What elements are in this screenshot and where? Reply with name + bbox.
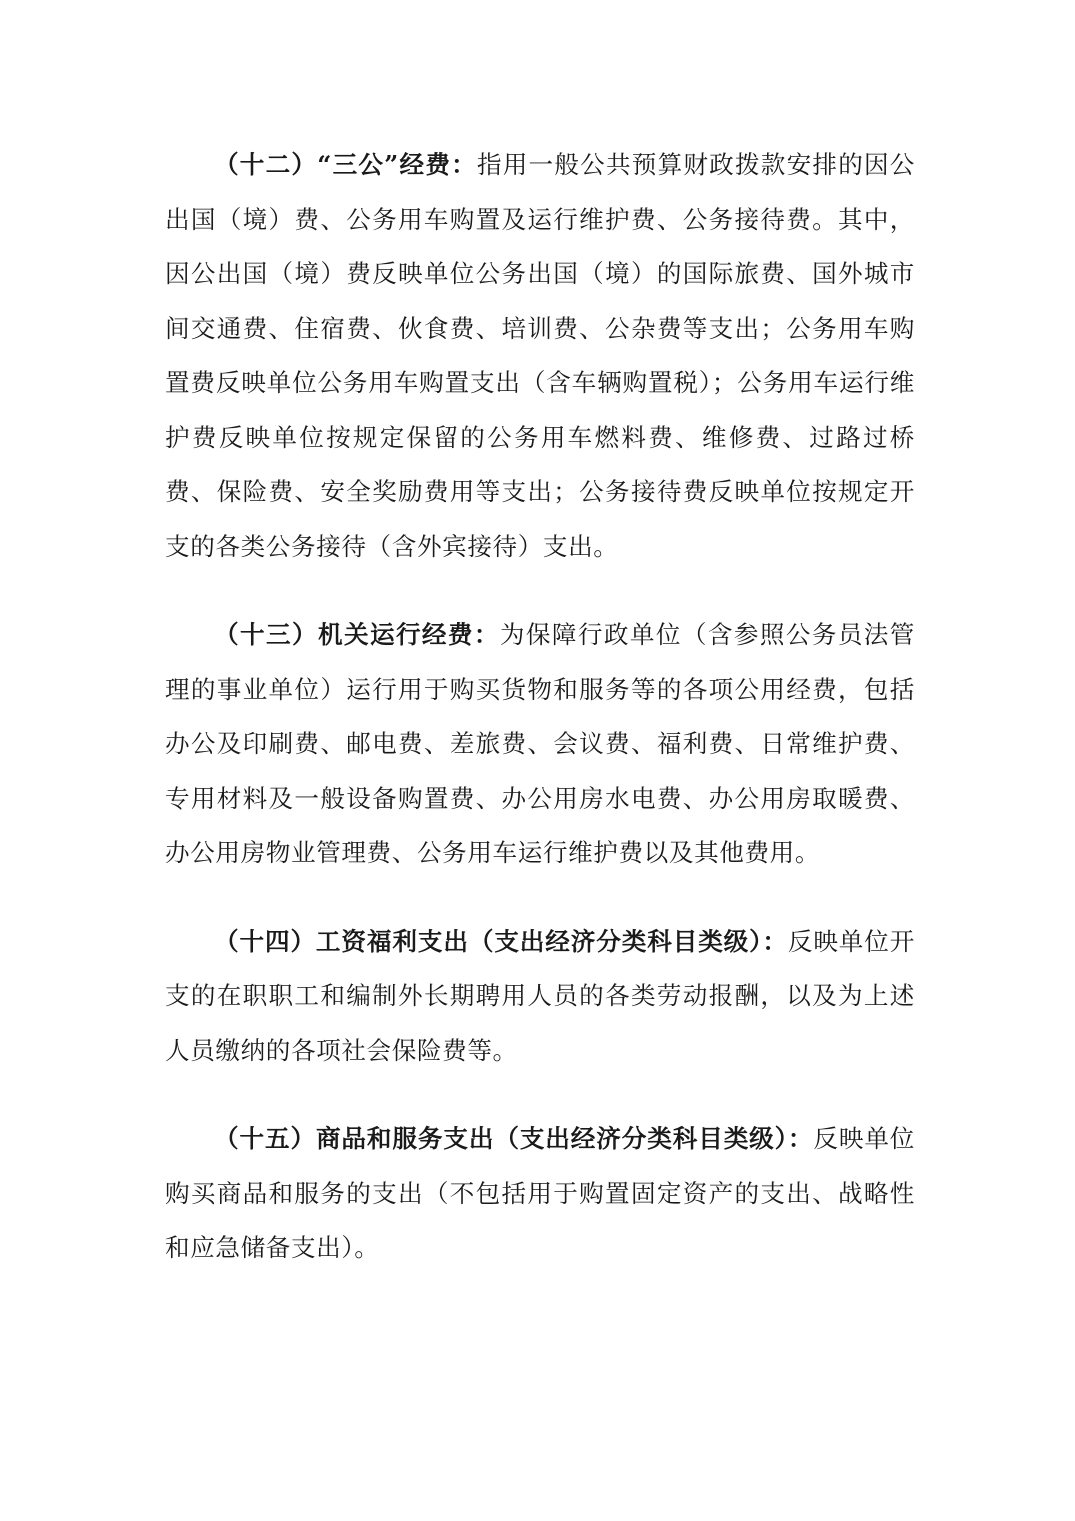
- paragraph-goods-services: （十五）商品和服务支出（支出经济分类科目类级）：反映单位购买商品和服务的支出（不…: [165, 1112, 915, 1276]
- paragraph-body: 指用一般公共预算财政拨款安排的因公出国（境）费、公务用车购置及运行维护费、公务接…: [165, 150, 915, 561]
- paragraph-heading: （十二）“三公”经费：: [214, 150, 477, 179]
- paragraph-wages-welfare: （十四）工资福利支出（支出经济分类科目类级）：反映单位开支的在职职工和编制外长期…: [165, 915, 915, 1079]
- paragraph-heading: （十四）工资福利支出（支出经济分类科目类级）：: [214, 927, 788, 956]
- paragraph-body: 为保障行政单位（含参照公务员法管理的事业单位）运行用于购买货物和服务等的各项公用…: [165, 620, 915, 867]
- paragraph-heading: （十五）商品和服务支出（支出经济分类科目类级）：: [214, 1124, 813, 1153]
- paragraph-agency-operating-expenses: （十三）机关运行经费：为保障行政单位（含参照公务员法管理的事业单位）运行用于购买…: [165, 608, 915, 881]
- paragraph-heading: （十三）机关运行经费：: [214, 620, 500, 649]
- document-page: （十二）“三公”经费：指用一般公共预算财政拨款安排的因公出国（境）费、公务用车购…: [165, 138, 915, 1310]
- paragraph-san-gong-expenses: （十二）“三公”经费：指用一般公共预算财政拨款安排的因公出国（境）费、公务用车购…: [165, 138, 915, 574]
